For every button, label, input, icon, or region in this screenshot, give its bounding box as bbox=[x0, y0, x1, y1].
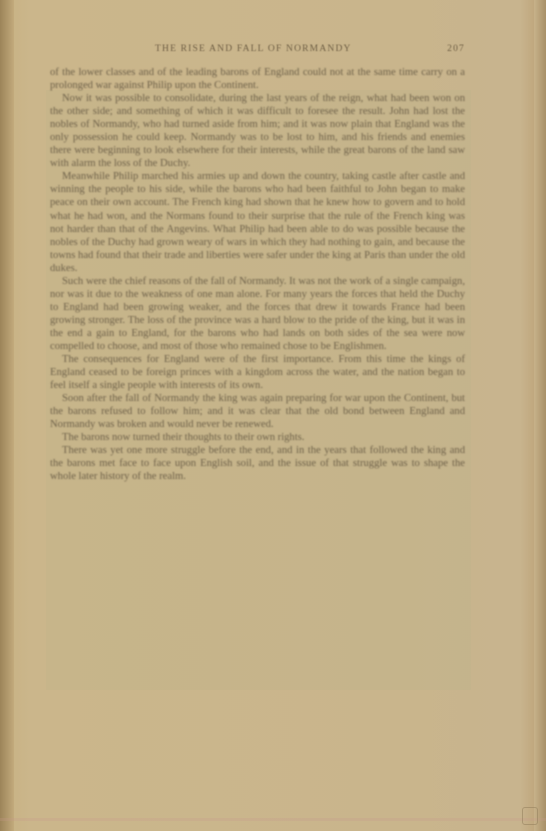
book-page: The Rise and Fall of Normandy 207 of the… bbox=[0, 0, 546, 831]
corner-mark-icon bbox=[522, 807, 538, 825]
paragraph: There was yet one more struggle before t… bbox=[50, 444, 465, 483]
paragraph: Such were the chief reasons of the fall … bbox=[50, 275, 465, 353]
paragraph: The consequences for England were of the… bbox=[50, 353, 465, 392]
body-text: of the lower classes and of the leading … bbox=[50, 66, 465, 484]
paragraph: Meanwhile Philip marched his armies up a… bbox=[50, 170, 465, 274]
running-header-title: The Rise and Fall of Normandy bbox=[155, 44, 352, 54]
page-gutter-shadow bbox=[0, 0, 14, 831]
paragraph: of the lower classes and of the leading … bbox=[50, 66, 465, 92]
page-edge bbox=[534, 0, 546, 831]
page-number: 207 bbox=[447, 44, 465, 54]
scan-artifact-band bbox=[0, 818, 546, 821]
paragraph: Soon after the fall of Normandy the king… bbox=[50, 392, 465, 431]
running-header: The Rise and Fall of Normandy 207 bbox=[50, 44, 465, 58]
paragraph: Now it was possible to consolidate, duri… bbox=[50, 92, 465, 170]
paragraph: The barons now turned their thoughts to … bbox=[50, 431, 465, 444]
